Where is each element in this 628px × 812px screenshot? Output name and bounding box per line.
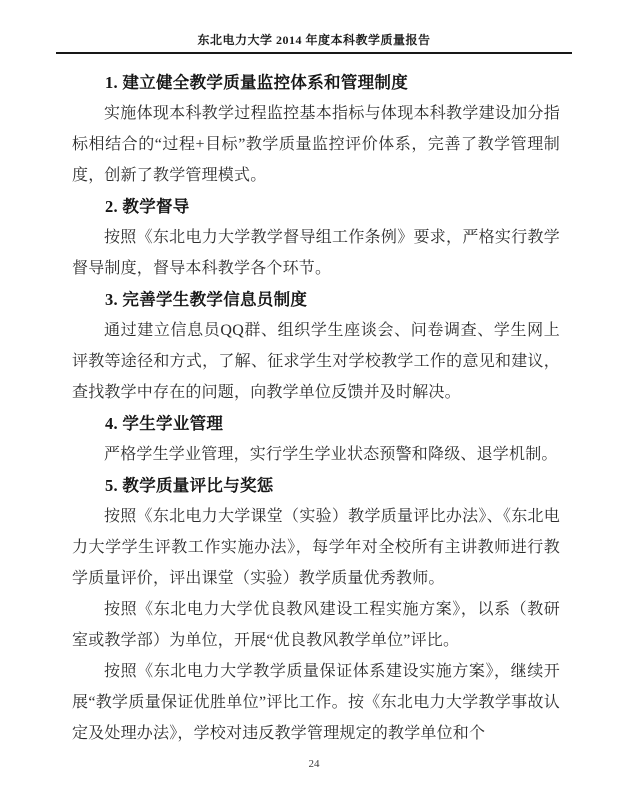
- document-page: 东北电力大学 2014 年度本科教学质量报告 1. 建立健全教学质量监控体系和管…: [0, 0, 628, 812]
- body-paragraph: 严格学生学业管理，实行学生学业状态预警和降级、退学机制。: [72, 439, 560, 470]
- body-paragraph: 按照《东北电力大学课堂（实验）教学质量评比办法》、《东北电力大学学生评教工作实施…: [72, 501, 560, 594]
- running-header-title: 东北电力大学 2014 年度本科教学质量报告: [0, 31, 628, 48]
- page-number: 24: [0, 758, 628, 770]
- body-paragraph: 实施体现本科教学过程监控基本指标与体现本科教学建设加分指标相结合的“过程+目标”…: [72, 98, 560, 191]
- body-paragraph: 通过建立信息员QQ群、组织学生座谈会、问卷调查、学生网上评教等途径和方式，了解、…: [72, 315, 560, 408]
- body-paragraph: 按照《东北电力大学教学质量保证体系建设实施方案》，继续开展“教学质量保证优胜单位…: [72, 656, 560, 749]
- body-paragraph: 按照《东北电力大学优良教风建设工程实施方案》，以系（教研室或教学部）为单位，开展…: [72, 594, 560, 656]
- header-rule: [56, 52, 572, 54]
- section-heading: 2. 教学督导: [72, 191, 560, 222]
- section-heading: 1. 建立健全教学质量监控体系和管理制度: [72, 67, 560, 98]
- body-paragraph: 按照《东北电力大学教学督导组工作条例》要求，严格实行教学督导制度，督导本科教学各…: [72, 222, 560, 284]
- section-heading: 4. 学生学业管理: [72, 408, 560, 439]
- document-content: 1. 建立健全教学质量监控体系和管理制度实施体现本科教学过程监控基本指标与体现本…: [72, 67, 560, 749]
- section-heading: 3. 完善学生教学信息员制度: [72, 284, 560, 315]
- section-heading: 5. 教学质量评比与奖惩: [72, 470, 560, 501]
